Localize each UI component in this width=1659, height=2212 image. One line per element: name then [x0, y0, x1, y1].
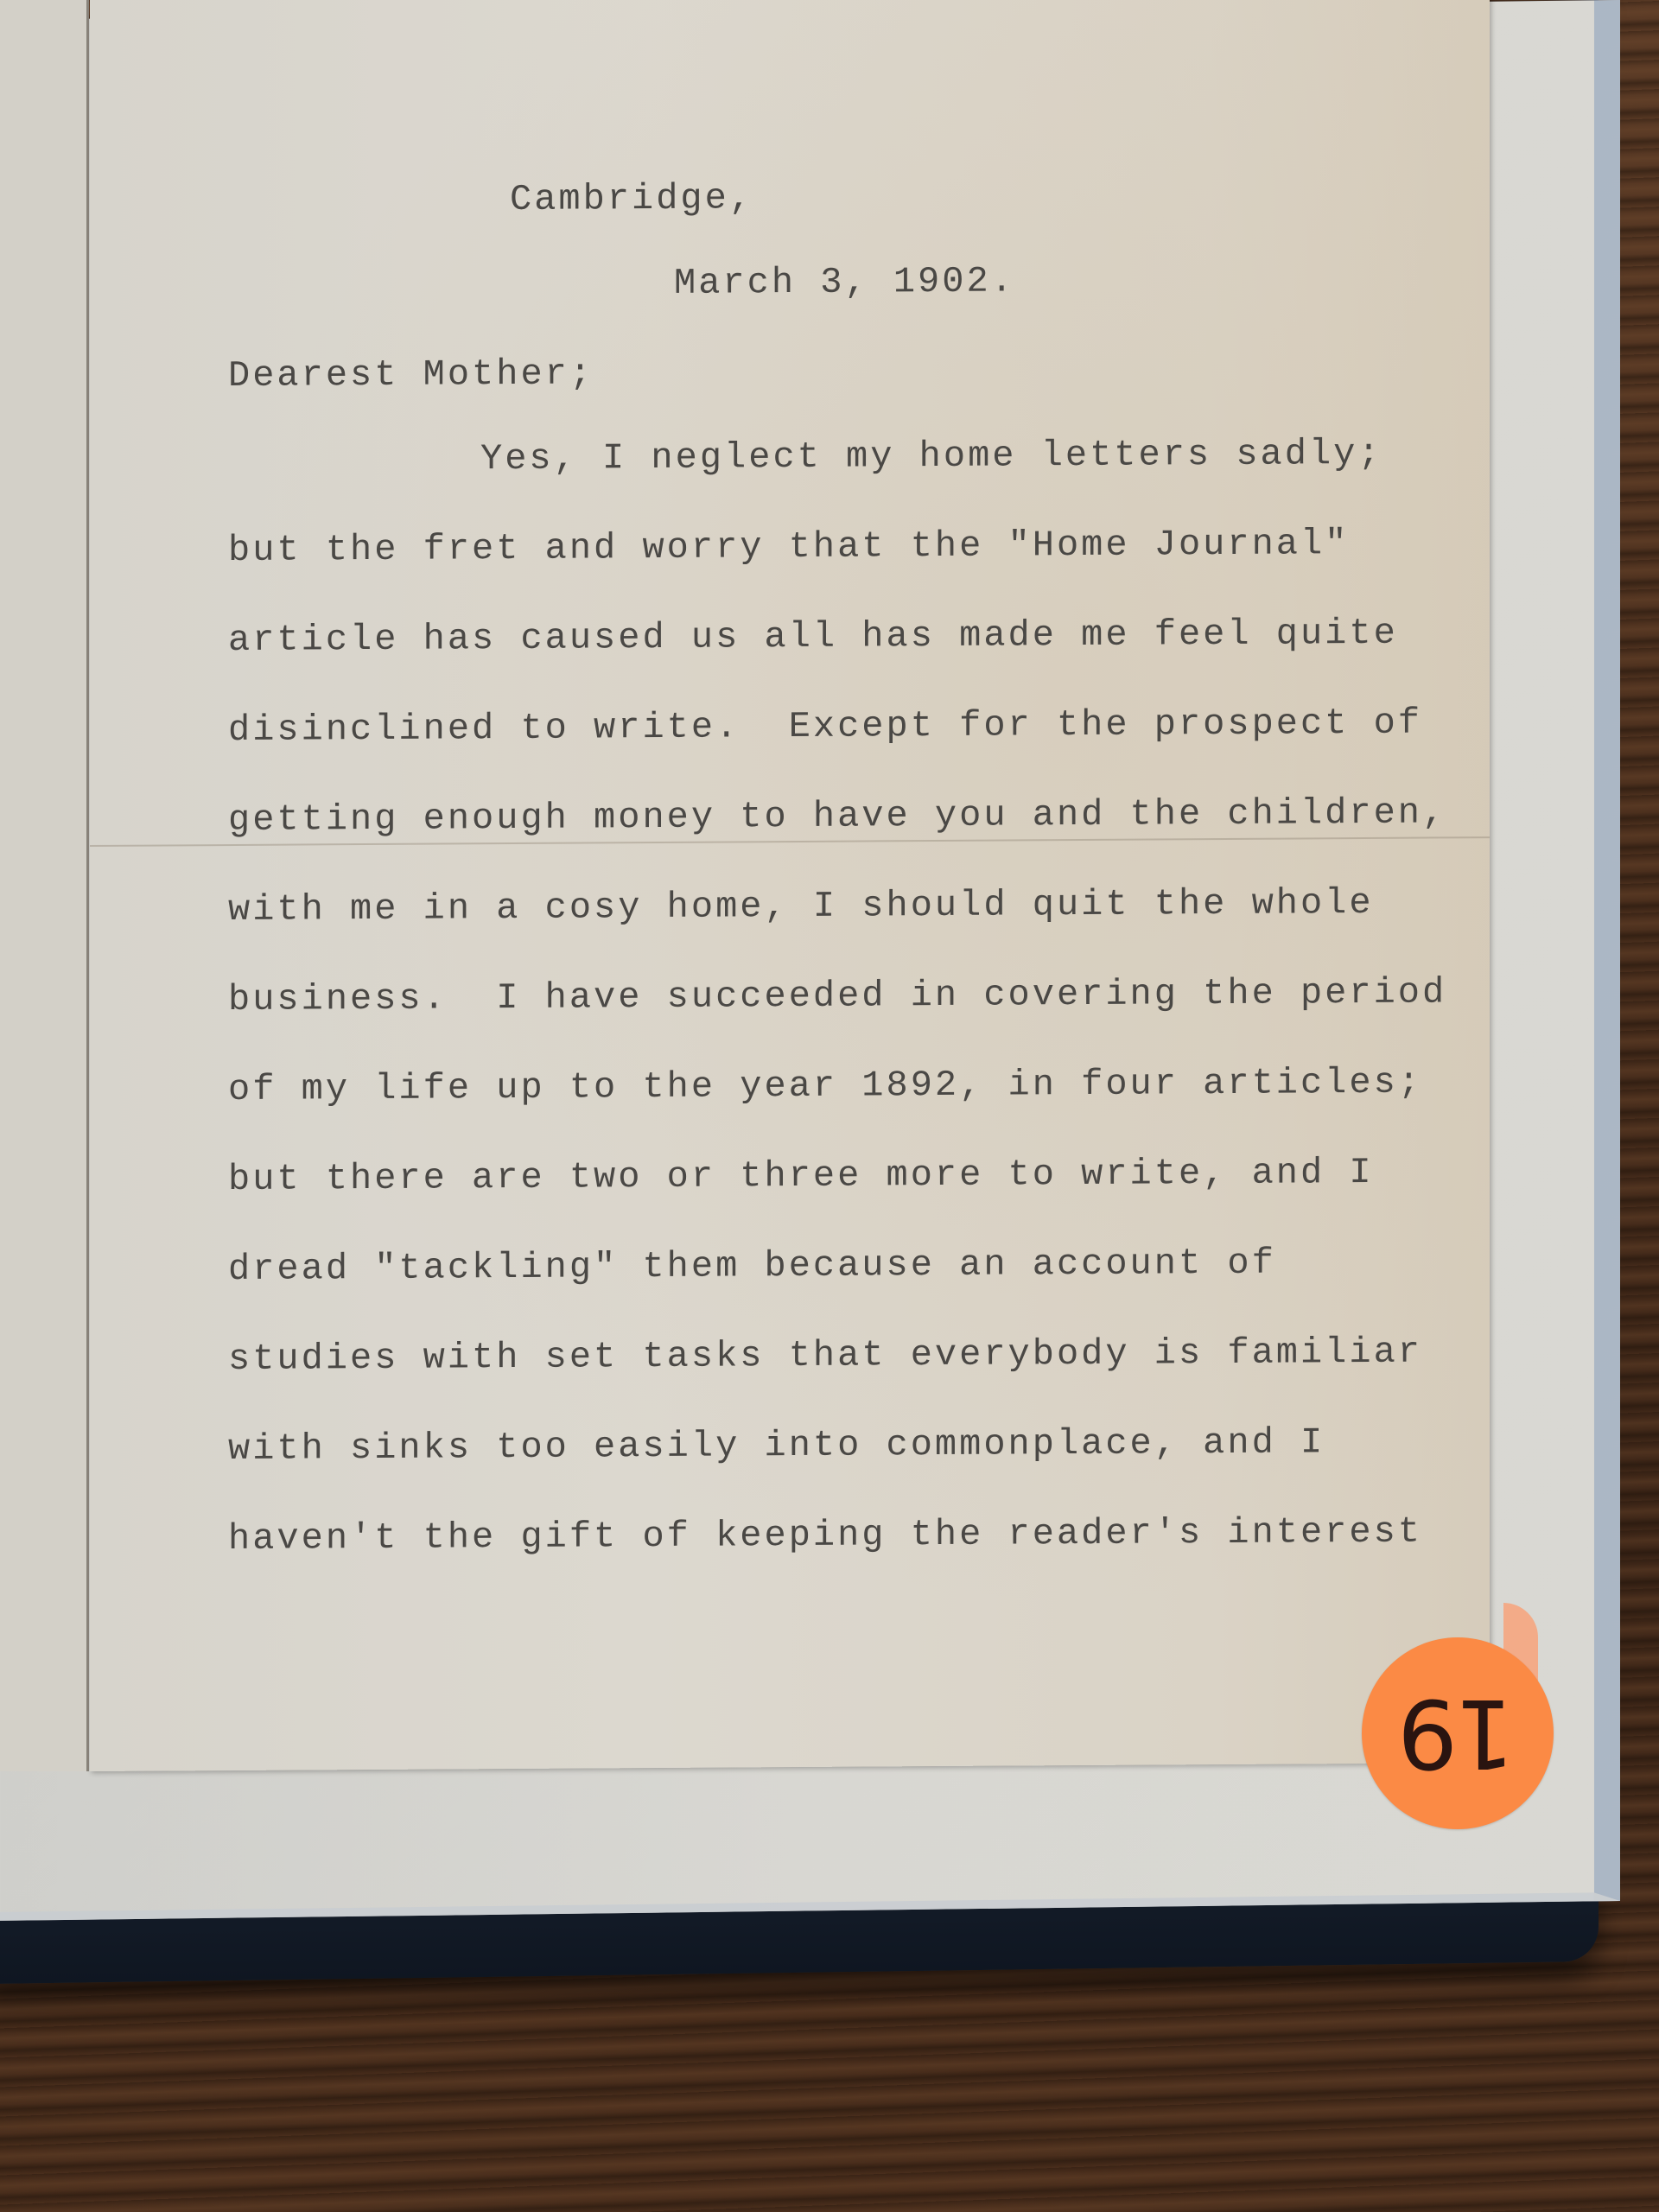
sticker-number: 19: [1401, 1686, 1515, 1781]
letter-place: Cambridge,: [510, 177, 753, 220]
letter-body-line: of my life up to the year 1892, in four …: [228, 1062, 1422, 1110]
letter-body-line: business. I have succeeded in covering t…: [228, 971, 1446, 1020]
letter-body-line: but the fret and worry that the "Home Jo…: [228, 523, 1349, 571]
letter-body-line: dread "tackling" them because an account…: [228, 1243, 1276, 1290]
letter-body-line: studies with set tasks that everybody is…: [228, 1332, 1422, 1380]
letter-body-line: getting enough money to have you and the…: [228, 791, 1446, 841]
inventory-number-sticker: 19: [1362, 1637, 1554, 1829]
letter-body-line: Yes, I neglect my home letters sadly;: [480, 433, 1382, 480]
letter-date: March 3, 1902.: [674, 260, 1015, 303]
letter-page: Cambridge, March 3, 1902. Dearest Mother…: [90, 0, 1490, 1771]
letter-body-line: haven't the gift of keeping the reader's…: [228, 1511, 1422, 1560]
letter-body-line: disinclined to write. Except for the pro…: [228, 702, 1422, 751]
letter-body-line: article has caused us all has made me fe…: [228, 613, 1398, 661]
underlying-page-edge: [0, 0, 89, 1771]
letter-text: Cambridge, March 3, 1902. Dearest Mother…: [90, 0, 1490, 1771]
letter-body-line: with me in a cosy home, I should quit th…: [228, 882, 1374, 931]
letter-body-line: but there are two or three more to write…: [228, 1152, 1374, 1200]
letter-body-line: with sinks too easily into commonplace, …: [228, 1421, 1325, 1470]
letter-salutation: Dearest Mother;: [228, 353, 594, 397]
